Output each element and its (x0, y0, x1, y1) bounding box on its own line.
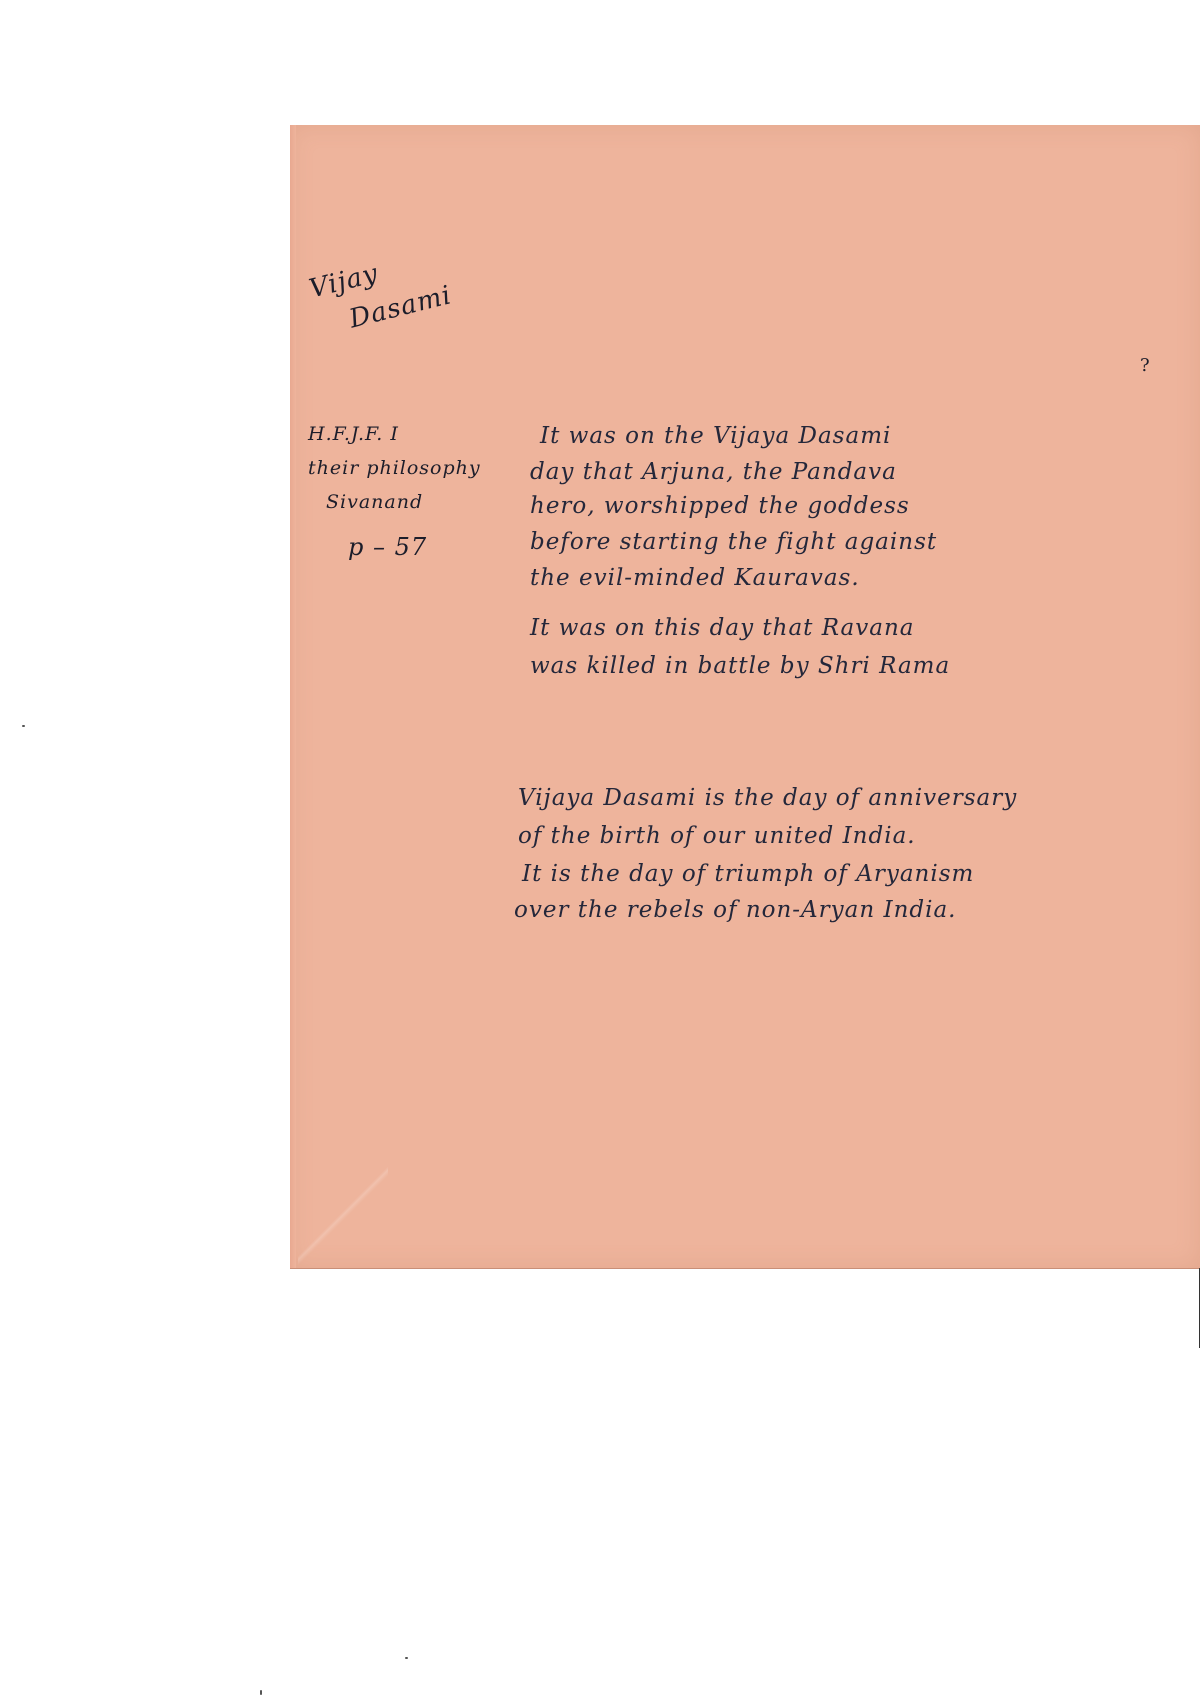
paragraph-line: of the birth of our united India. (518, 823, 916, 849)
paragraph-line: Vijaya Dasami is the day of anniversary (518, 785, 1017, 811)
margin-note-line: H.F.J.F. I (308, 423, 399, 445)
question-mark: ? (1140, 355, 1151, 376)
paragraph-line: It is the day of triumph of Aryanism (522, 861, 974, 887)
paragraph-line: was killed in battle by Shri Rama (530, 653, 950, 679)
scan-speck (405, 1657, 408, 1659)
paragraph-line: over the rebels of non-Aryan India. (514, 897, 957, 923)
paper-crease (298, 1165, 388, 1265)
paragraph-line: day that Arjuna, the Pandava (530, 459, 897, 485)
paragraph-line: It was on this day that Ravana (530, 615, 915, 641)
margin-note-line: p – 57 (348, 533, 427, 561)
paragraph-line: the evil-minded Kauravas. (530, 565, 860, 591)
heading-line-1: Vijay (306, 259, 381, 305)
paragraph-line: hero, worshipped the goddess (530, 493, 910, 519)
paragraph-line: It was on the Vijaya Dasami (540, 423, 891, 449)
paper-sheet: Vijay Dasami ? H.F.J.F. I their philosop… (290, 125, 1200, 1269)
scan-speck (22, 725, 25, 727)
paragraph-line: before starting the fight against (530, 529, 937, 555)
scan-speck (260, 1690, 262, 1695)
margin-note-line: Sivanand (326, 491, 423, 513)
margin-note-line: their philosophy (308, 457, 481, 479)
